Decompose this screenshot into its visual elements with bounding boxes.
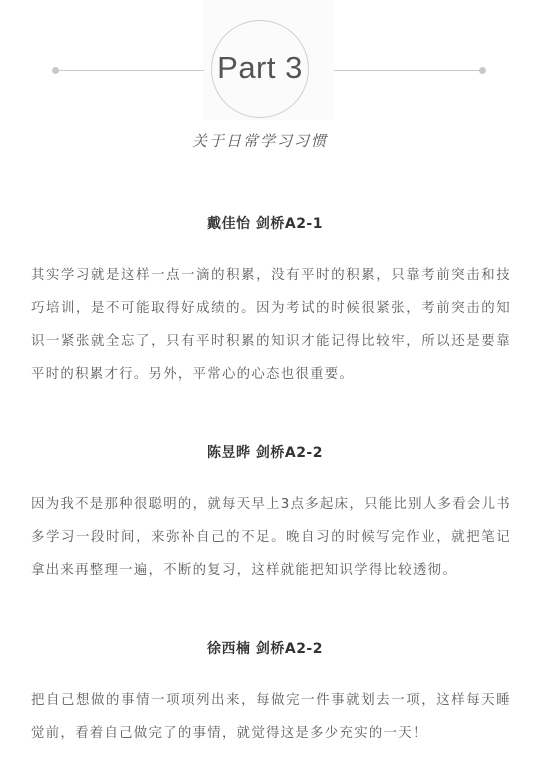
section-title-3: 徐西楠 剑桥A2-2 [0,638,530,658]
section-subtitle: 关于日常学习习惯 [0,130,520,151]
divider-line-left [55,70,204,71]
section-title-1: 戴佳怡 剑桥A2-1 [0,213,530,233]
section-body-2: 因为我不是那种很聪明的，就每天早上3点多起床，只能比别人多看会儿书多学习一段时间… [31,488,511,587]
section-title-2: 陈昱晔 剑桥A2-2 [0,442,530,462]
section-body-3: 把自己想做的事情一项项列出来，每做完一件事就划去一项，这样每天睡觉前，看着自己做… [31,684,511,750]
divider-dot-left [52,67,59,74]
divider-line-right [334,70,482,71]
part-badge: Part 3 [211,20,309,118]
divider-dot-right [479,67,486,74]
section-body-1: 其实学习就是这样一点一滴的积累，没有平时的积累，只靠考前突击和技巧培训，是不可能… [31,259,511,391]
part-label: Part 3 [217,50,303,86]
